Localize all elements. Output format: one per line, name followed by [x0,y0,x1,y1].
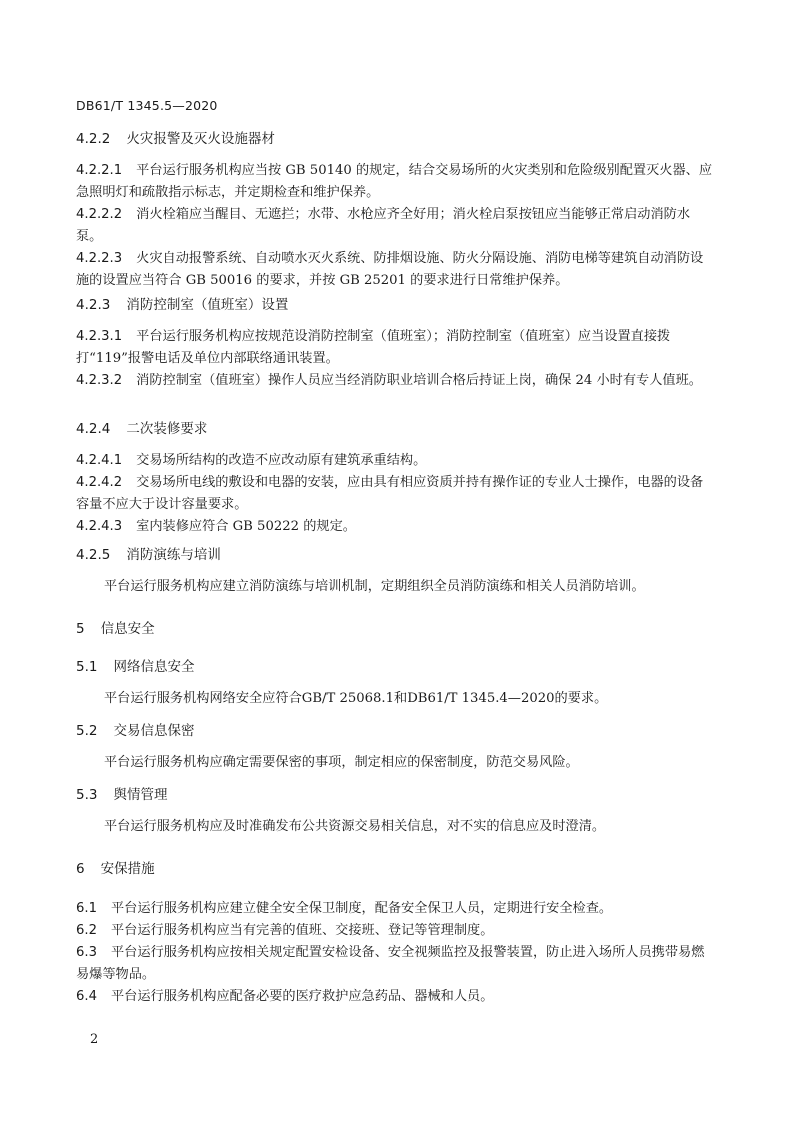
paragraph-5-1: 平台运行服务机构网络安全应符合GB/T 25068.1和DB61/T 1345.… [76,688,716,710]
clause-text: 室内装修应符合 GB 50222 的规定。 [136,519,356,534]
page-number: 2 [90,1032,98,1047]
clause-text: 平台运行服务机构应当有完善的值班、交接班、登记等管理制度。 [111,923,493,938]
heading-4-2-3: 4.2.3消防控制室（值班室）设置 [76,294,716,316]
clause-text: 火灾自动报警系统、自动喷水灭火系统、防排烟设施、防火分隔设施、消防电梯等建筑自动… [76,251,703,288]
clause-number: 4.2.4.3 [76,519,122,534]
paragraph-4-2-5: 平台运行服务机构应建立消防演练与培训机制，定期组织全员消防演练和相关人员消防培训… [76,576,716,598]
clause-number: 4.2.3.1 [76,329,122,344]
heading-title: 信息安全 [101,621,155,637]
heading-number: 5.3 [76,784,97,806]
paragraph-5-2: 平台运行服务机构应确定需要保密的事项，制定相应的保密制度，防范交易风险。 [76,752,716,774]
heading-6: 6安保措施 [76,858,716,880]
clause-text: 消火栓箱应当醒目、无遮拦；水带、水枪应齐全好用；消火栓启泵按钮应当能够正常启动消… [76,207,690,244]
clause-text: 消防控制室（值班室）操作人员应当经消防职业培训合格后持证上岗，确保 24 小时有… [136,373,702,388]
heading-title: 二次装修要求 [126,421,207,437]
heading-5-1: 5.1网络信息安全 [76,656,716,678]
clause-4-2-3-1: 4.2.3.1平台运行服务机构应按规范设消防控制室（值班室）；消防控制室（值班室… [76,326,716,370]
clause-number: 4.2.2.3 [76,251,122,266]
clause-4-2-2-1: 4.2.2.1平台运行服务机构应当按 GB 50140 的规定，结合交易场所的火… [76,160,716,204]
heading-number: 6 [76,858,85,880]
paragraph-5-3: 平台运行服务机构应及时准确发布公共资源交易相关信息，对不实的信息应及时澄清。 [76,816,716,838]
clause-number: 4.2.2.1 [76,163,122,178]
document-page: DB61/T 1345.5—2020 4.2.2火灾报警及灭火设施器材 4.2.… [0,0,793,1122]
heading-number: 5 [76,618,85,640]
clause-number: 4.2.2.2 [76,207,122,222]
clause-text: 平台运行服务机构应当按 GB 50140 的规定，结合交易场所的火灾类别和危险级… [76,163,712,200]
clause-6-4: 6.4平台运行服务机构应配备必要的医疗救护应急药品、器械和人员。 [76,986,716,1008]
clause-number: 4.2.3.2 [76,373,122,388]
clause-4-2-2-2: 4.2.2.2消火栓箱应当醒目、无遮拦；水带、水枪应齐全好用；消火栓启泵按钮应当… [76,204,716,248]
heading-title: 消防控制室（值班室）设置 [126,297,288,313]
clause-4-2-3-2: 4.2.3.2消防控制室（值班室）操作人员应当经消防职业培训合格后持证上岗，确保… [76,370,716,392]
heading-5-2: 5.2交易信息保密 [76,720,716,742]
clause-number: 6.1 [76,901,97,916]
clause-4-2-4-2: 4.2.4.2交易场所电线的敷设和电器的安装，应由具有相应资质并持有操作证的专业… [76,472,716,516]
heading-number: 4.2.4 [76,418,110,440]
heading-title: 安保措施 [101,861,155,877]
clause-number: 6.2 [76,923,97,938]
heading-number: 5.2 [76,720,97,742]
clause-text: 交易场所结构的改造不应改动原有建筑承重结构。 [136,453,426,468]
clause-text: 交易场所电线的敷设和电器的安装，应由具有相应资质并持有操作证的专业人士操作，电器… [76,475,703,512]
heading-number: 4.2.3 [76,294,110,316]
heading-number: 4.2.5 [76,544,110,566]
heading-title: 舆情管理 [113,787,167,803]
heading-4-2-4: 4.2.4二次装修要求 [76,418,716,440]
clause-6-3: 6.3平台运行服务机构应按相关规定配置安检设备、安全视频监控及报警装置，防止进入… [76,942,716,986]
clause-text: 平台运行服务机构应按相关规定配置安检设备、安全视频监控及报警装置，防止进入场所人… [76,945,704,982]
clause-number: 6.3 [76,945,97,960]
heading-5: 5信息安全 [76,618,716,640]
heading-title: 交易信息保密 [113,723,194,739]
document-id-header: DB61/T 1345.5—2020 [76,98,218,113]
heading-5-3: 5.3舆情管理 [76,784,716,806]
heading-title: 消防演练与培训 [126,547,221,563]
clause-4-2-4-3: 4.2.4.3室内装修应符合 GB 50222 的规定。 [76,516,716,538]
heading-number: 5.1 [76,656,97,678]
heading-4-2-5: 4.2.5消防演练与培训 [76,544,716,566]
clause-number: 4.2.4.1 [76,453,122,468]
clause-number: 4.2.4.2 [76,475,122,490]
clause-text: 平台运行服务机构应按规范设消防控制室（值班室）；消防控制室（值班室）应当设置直接… [76,329,670,366]
heading-title: 火灾报警及灭火设施器材 [126,131,275,147]
heading-4-2-2: 4.2.2火灾报警及灭火设施器材 [76,128,716,150]
heading-number: 4.2.2 [76,128,110,150]
clause-4-2-4-1: 4.2.4.1交易场所结构的改造不应改动原有建筑承重结构。 [76,450,716,472]
clause-text: 平台运行服务机构应配备必要的医疗救护应急药品、器械和人员。 [111,989,493,1004]
clause-6-2: 6.2平台运行服务机构应当有完善的值班、交接班、登记等管理制度。 [76,920,716,942]
clause-6-1: 6.1平台运行服务机构应建立健全安全保卫制度，配备安全保卫人员，定期进行安全检查… [76,898,716,920]
clause-number: 6.4 [76,989,97,1004]
clause-4-2-2-3: 4.2.2.3火灾自动报警系统、自动喷水灭火系统、防排烟设施、防火分隔设施、消防… [76,248,716,292]
clause-text: 平台运行服务机构应建立健全安全保卫制度，配备安全保卫人员，定期进行安全检查。 [111,901,612,916]
heading-title: 网络信息安全 [113,659,194,675]
